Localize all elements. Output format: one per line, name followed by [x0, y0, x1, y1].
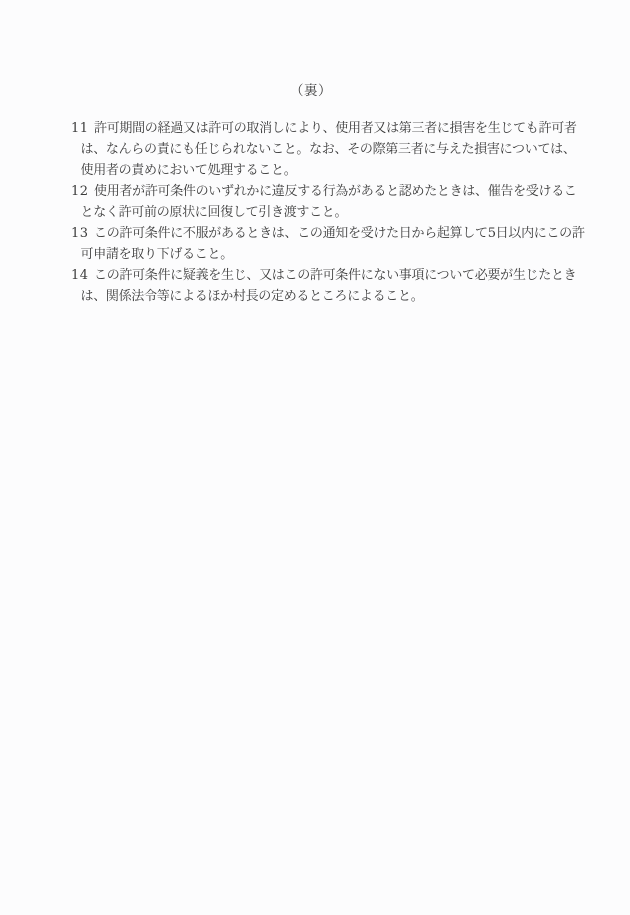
- condition-item-text-line: この許可条件に不服があるときは、この通知を受けた日から起算して5日以内にこの許: [94, 223, 580, 244]
- condition-item-text-line: 使用者の責めにおいて処理すること。: [81, 160, 581, 181]
- condition-item-number: 14: [71, 265, 89, 286]
- permit-conditions-list: 11許可期間の経過又は許可の取消しにより、使用者又は第三者に損害を生じても許可者…: [71, 118, 580, 307]
- condition-item: 12使用者が許可条件のいずれかに違反する行為があると認めたときは、催告を受けるこ…: [71, 181, 580, 223]
- condition-item-text-line: となく許可前の原状に回復して引き渡すこと。: [81, 202, 581, 223]
- condition-item-text-line: この許可条件に疑義を生じ、又はこの許可条件にない事項について必要が生じたとき: [94, 265, 580, 286]
- condition-item-number: 12: [71, 181, 89, 202]
- condition-item: 11許可期間の経過又は許可の取消しにより、使用者又は第三者に損害を生じても許可者…: [71, 118, 580, 181]
- condition-item-text-line: 許可期間の経過又は許可の取消しにより、使用者又は第三者に損害を生じても許可者: [94, 118, 580, 139]
- condition-item-number: 11: [71, 118, 89, 139]
- condition-item-text-line: 使用者が許可条件のいずれかに違反する行為があると認めたときは、催告を受けるこ: [94, 181, 580, 202]
- condition-item: 13この許可条件に不服があるときは、この通知を受けた日から起算して5日以内にこの…: [71, 223, 580, 265]
- condition-item-text-line: は、関係法令等によるほか村長の定めるところによること。: [81, 286, 581, 307]
- condition-item-number: 13: [71, 223, 89, 244]
- condition-item-text-line: 可申請を取り下げること。: [81, 244, 581, 265]
- page-side-label: （裏）: [0, 81, 622, 102]
- document-page: （裏） 11許可期間の経過又は許可の取消しにより、使用者又は第三者に損害を生じて…: [0, 0, 630, 915]
- condition-item-text-line: は、なんらの責にも任じられないこと。なお、その際第三者に与えた損害については、: [81, 139, 581, 160]
- condition-item: 14この許可条件に疑義を生じ、又はこの許可条件にない事項について必要が生じたとき…: [71, 265, 580, 307]
